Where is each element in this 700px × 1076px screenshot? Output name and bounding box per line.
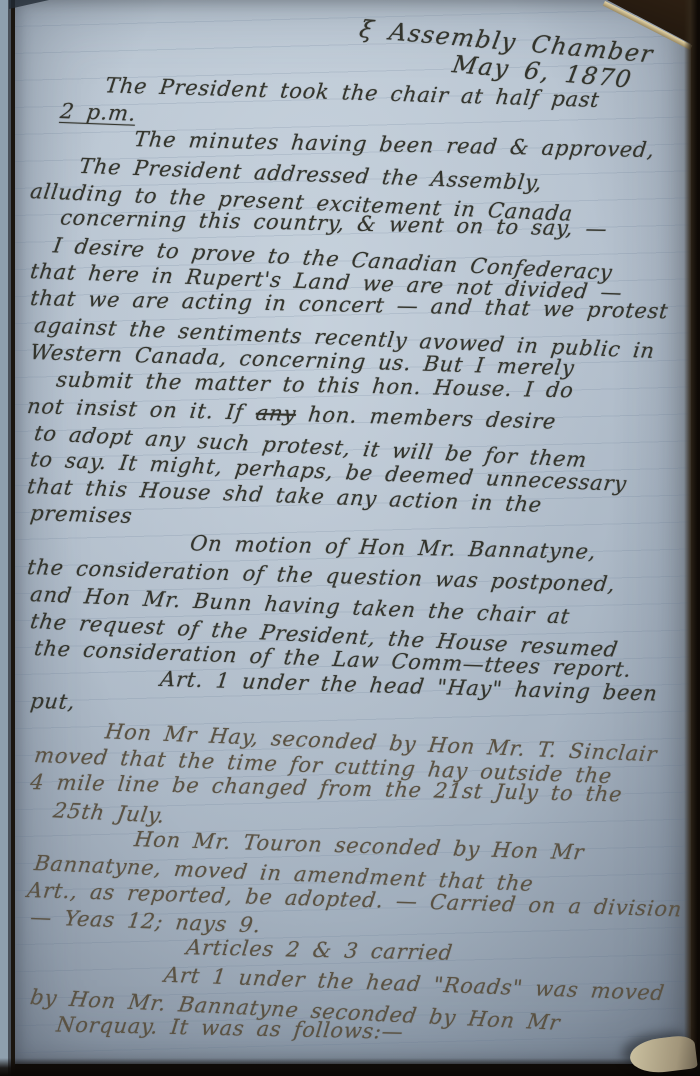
page-edge-bottom-shadow	[0, 1058, 700, 1076]
binding-edge-left	[0, 0, 15, 1076]
page-edge-right-shadow	[684, 0, 700, 1076]
manuscript-page: ξ Assembly Chamber May 6, 1870 The Presi…	[13, 0, 691, 1064]
heading-flourish: ξ	[357, 15, 377, 44]
line-segment: hon. members desire	[295, 402, 558, 434]
struck-word: any	[255, 401, 298, 426]
line-segment: not insist on it. If	[26, 394, 257, 425]
manuscript-lines: The President took the chair at half pas…	[30, 70, 694, 1038]
manuscript-photo: ξ Assembly Chamber May 6, 1870 The Presi…	[0, 0, 700, 1076]
